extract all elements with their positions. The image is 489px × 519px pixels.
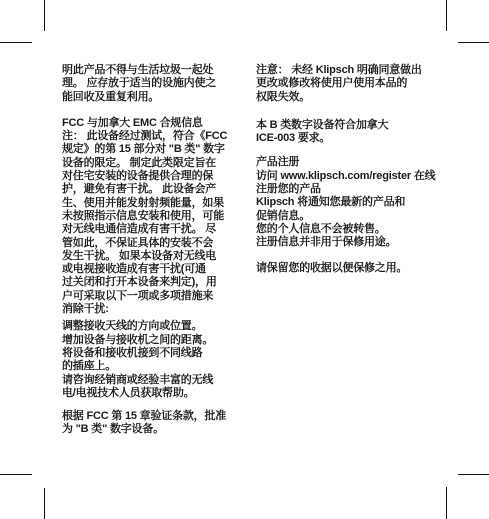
canada-class-b-paragraph: 本 B 类数字设备符合加拿大 ICE-003 要求。 (256, 119, 442, 146)
fcc-compliance-paragraph: 注： 此设备经过测试，符合《FCC 规定》的第 15 部分对 "B 类" 数字 … (62, 130, 244, 316)
product-registration-heading: 产品注册 (256, 156, 442, 169)
crop-mark-top-right-horizontal (458, 42, 489, 43)
crop-mark-top-left-vertical (44, 0, 45, 31)
crop-mark-top-right-vertical (446, 0, 447, 31)
interference-remedies-paragraph: 调整接收天线的方向或位置。 增加设备与接收机之间的距离。 将设备和接收机接到不同… (62, 320, 244, 400)
crop-mark-bottom-right-vertical (446, 487, 447, 519)
fcc-emc-heading: FCC 与加拿大 EMC 合规信息 (62, 117, 244, 130)
manual-page: 明此产品不得与生活垃圾一起处 理。 应存放于适当的设施内使之 能回收及重复利用。… (0, 0, 489, 519)
disposal-paragraph: 明此产品不得与生活垃圾一起处 理。 应存放于适当的设施内使之 能回收及重复利用。 (62, 64, 244, 104)
fcc-verification-paragraph: 根据 FCC 第 15 章验证条款，批准 为 "B 类" 数字设备。 (62, 410, 244, 437)
left-column: 明此产品不得与生活垃圾一起处 理。 应存放于适当的设施内使之 能回收及重复利用。… (62, 64, 244, 437)
crop-mark-bottom-left-vertical (44, 488, 45, 519)
caution-paragraph: 注意： 未经 Klipsch 明确同意做出 更改或修改将使用户使用本品的 权限失… (256, 64, 442, 104)
right-column: 注意： 未经 Klipsch 明确同意做出 更改或修改将使用户使用本品的 权限失… (256, 64, 442, 275)
crop-mark-bottom-left-horizontal (0, 474, 32, 475)
registration-paragraph: 访问 www.klipsch.com/register 在线 注册您的产品 Kl… (256, 170, 442, 250)
receipt-warranty-paragraph: 请保留您的收据以便保修之用。 (256, 262, 442, 275)
crop-mark-top-left-horizontal (0, 42, 32, 43)
crop-mark-bottom-right-horizontal (458, 474, 489, 475)
